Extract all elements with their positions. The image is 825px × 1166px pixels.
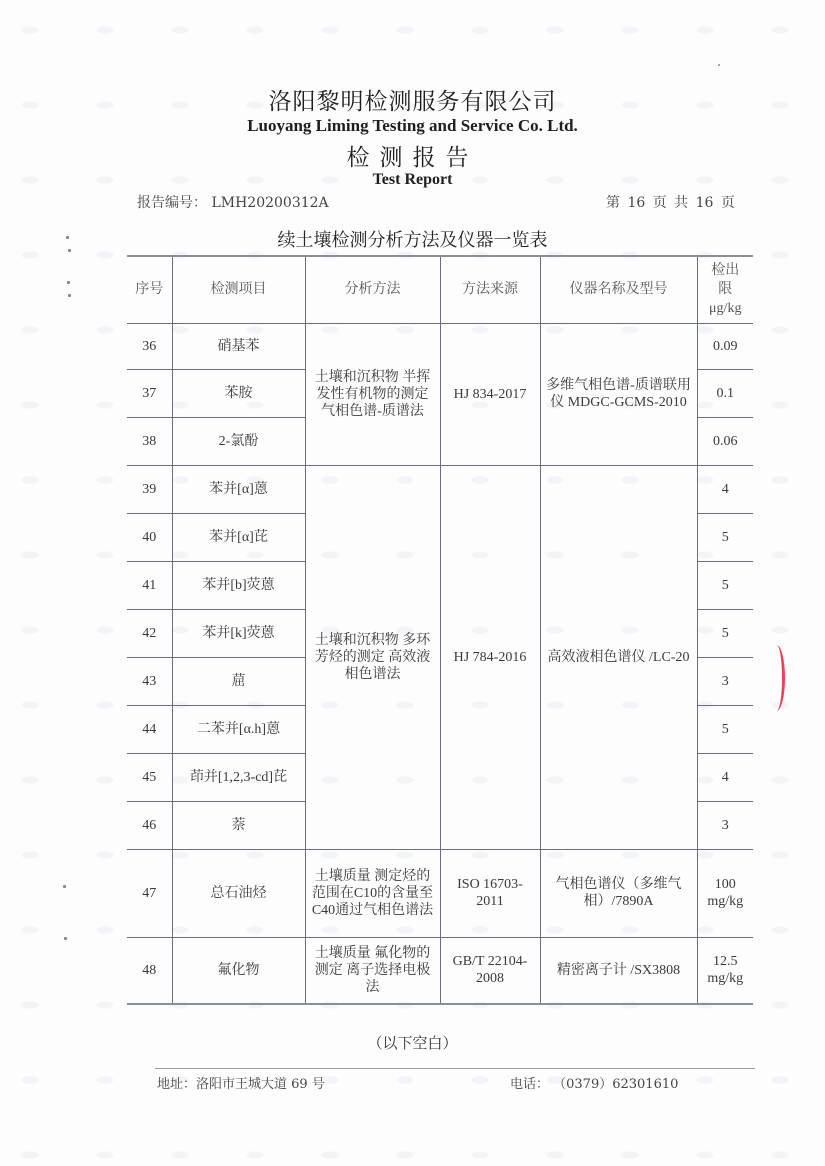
row-no: 37 bbox=[127, 369, 172, 417]
red-seal-edge-mark bbox=[768, 645, 785, 711]
row-item: 苯胺 bbox=[172, 369, 305, 417]
row-item: 䓛 bbox=[172, 657, 305, 705]
row-limit: 4 bbox=[697, 753, 753, 801]
footer-address: 地址：洛阳市王城大道 69 号 bbox=[157, 1073, 325, 1092]
row-item: 硝基苯 bbox=[172, 323, 305, 369]
report-title-en: Test Report bbox=[0, 171, 825, 189]
row-limit: 12.5 mg/kg bbox=[697, 937, 753, 1004]
table-row: 48 氟化物 土壤质量 氟化物的测定 离子选择电极法 GB/T 22104-20… bbox=[127, 937, 753, 1004]
row-no: 42 bbox=[127, 609, 172, 657]
row-item: 氟化物 bbox=[172, 937, 305, 1004]
row-no: 40 bbox=[127, 513, 172, 561]
row-no: 45 bbox=[127, 753, 172, 801]
blank-below-note: （以下空白） bbox=[0, 1032, 825, 1053]
group-source: HJ 834-2017 bbox=[440, 323, 540, 465]
row-limit: 5 bbox=[697, 561, 753, 609]
page-info: 第 16 页 共 16 页 bbox=[606, 192, 735, 212]
scan-speck bbox=[718, 64, 720, 66]
report-number: 报告编号： LMH20200312A bbox=[137, 192, 329, 212]
row-no: 44 bbox=[127, 705, 172, 753]
table-row: 47 总石油烃 土壤质量 测定烃的范围在C10的含量至C40通过气相色谱法 IS… bbox=[127, 849, 753, 937]
scan-speck bbox=[68, 294, 71, 297]
company-name-cn: 洛阳黎明检测服务有限公司 bbox=[0, 83, 825, 116]
row-item: 苯并[α]蒽 bbox=[172, 465, 305, 513]
group-method: 土壤和沉积物 多环芳烃的测定 高效液相色谱法 bbox=[305, 465, 440, 849]
row-item: 萘 bbox=[172, 801, 305, 849]
row-item: 二苯并[α.h]蒽 bbox=[172, 705, 305, 753]
row-item: 总石油烃 bbox=[172, 849, 305, 937]
row-item: 苯并[α]芘 bbox=[172, 513, 305, 561]
group-instrument: 多维气相色谱-质谱联用仪 MDGC-GCMS-2010 bbox=[540, 323, 697, 465]
row-limit: 5 bbox=[697, 609, 753, 657]
group-instrument: 高效液相色谱仪 /LC-20 bbox=[540, 465, 697, 849]
row-limit: 0.09 bbox=[697, 323, 753, 369]
header-item: 检测项目 bbox=[172, 256, 305, 323]
scan-speck bbox=[68, 249, 71, 252]
row-item: 茚并[1,2,3-cd]芘 bbox=[172, 753, 305, 801]
row-limit: 4 bbox=[697, 465, 753, 513]
row-limit: 5 bbox=[697, 513, 753, 561]
methods-instruments-table: 序号 检测项目 分析方法 方法来源 仪器名称及型号 检出 限 μg/kg 36 … bbox=[127, 255, 753, 1005]
group-source: GB/T 22104-2008 bbox=[440, 937, 540, 1004]
group-source: ISO 16703-2011 bbox=[440, 849, 540, 937]
scan-speck bbox=[67, 281, 70, 284]
table-row: 36 硝基苯 土壤和沉积物 半挥发性有机物的测定 气相色谱-质谱法 HJ 834… bbox=[127, 323, 753, 369]
row-limit: 5 bbox=[697, 705, 753, 753]
group-method: 土壤和沉积物 半挥发性有机物的测定 气相色谱-质谱法 bbox=[305, 323, 440, 465]
row-item: 2-氯酚 bbox=[172, 417, 305, 465]
group-source: HJ 784-2016 bbox=[440, 465, 540, 849]
row-no: 46 bbox=[127, 801, 172, 849]
row-no: 48 bbox=[127, 937, 172, 1004]
row-no: 38 bbox=[127, 417, 172, 465]
scan-speck bbox=[66, 236, 69, 239]
row-no: 41 bbox=[127, 561, 172, 609]
row-limit: 3 bbox=[697, 801, 753, 849]
footer-divider bbox=[155, 1068, 755, 1069]
header-limit: 检出 限 μg/kg bbox=[697, 256, 753, 323]
table-header-row: 序号 检测项目 分析方法 方法来源 仪器名称及型号 检出 限 μg/kg bbox=[127, 256, 753, 323]
table-row: 39 苯并[α]蒽 土壤和沉积物 多环芳烃的测定 高效液相色谱法 HJ 784-… bbox=[127, 465, 753, 513]
report-title-cn: 检测报告 bbox=[0, 139, 825, 172]
header-limit-line2: 限 bbox=[701, 280, 751, 299]
row-no: 36 bbox=[127, 323, 172, 369]
header-no: 序号 bbox=[127, 256, 172, 323]
group-method: 土壤质量 氟化物的测定 离子选择电极法 bbox=[305, 937, 440, 1004]
row-no: 39 bbox=[127, 465, 172, 513]
row-item: 苯并[b]荧蒽 bbox=[172, 561, 305, 609]
row-limit: 3 bbox=[697, 657, 753, 705]
header-instrument: 仪器名称及型号 bbox=[540, 256, 697, 323]
row-limit: 0.06 bbox=[697, 417, 753, 465]
header-source: 方法来源 bbox=[440, 256, 540, 323]
table-title: 续土壤检测分析方法及仪器一览表 bbox=[0, 226, 825, 252]
header-limit-line1: 检出 bbox=[701, 261, 751, 280]
group-method: 土壤质量 测定烃的范围在C10的含量至C40通过气相色谱法 bbox=[305, 849, 440, 937]
row-no: 47 bbox=[127, 849, 172, 937]
row-item: 苯并[k]荧蒽 bbox=[172, 609, 305, 657]
header-method: 分析方法 bbox=[305, 256, 440, 323]
group-instrument: 气相色谱仪（多维气相）/7890A bbox=[540, 849, 697, 937]
group-instrument: 精密离子计 /SX3808 bbox=[540, 937, 697, 1004]
scan-speck bbox=[64, 937, 67, 940]
scan-speck bbox=[63, 885, 66, 888]
header-limit-unit: μg/kg bbox=[701, 299, 751, 318]
row-limit: 0.1 bbox=[697, 369, 753, 417]
footer-phone: 电话： （0379）62301610 bbox=[510, 1073, 678, 1092]
row-limit: 100 mg/kg bbox=[697, 849, 753, 937]
row-no: 43 bbox=[127, 657, 172, 705]
company-name-en: Luoyang Liming Testing and Service Co. L… bbox=[0, 116, 825, 136]
